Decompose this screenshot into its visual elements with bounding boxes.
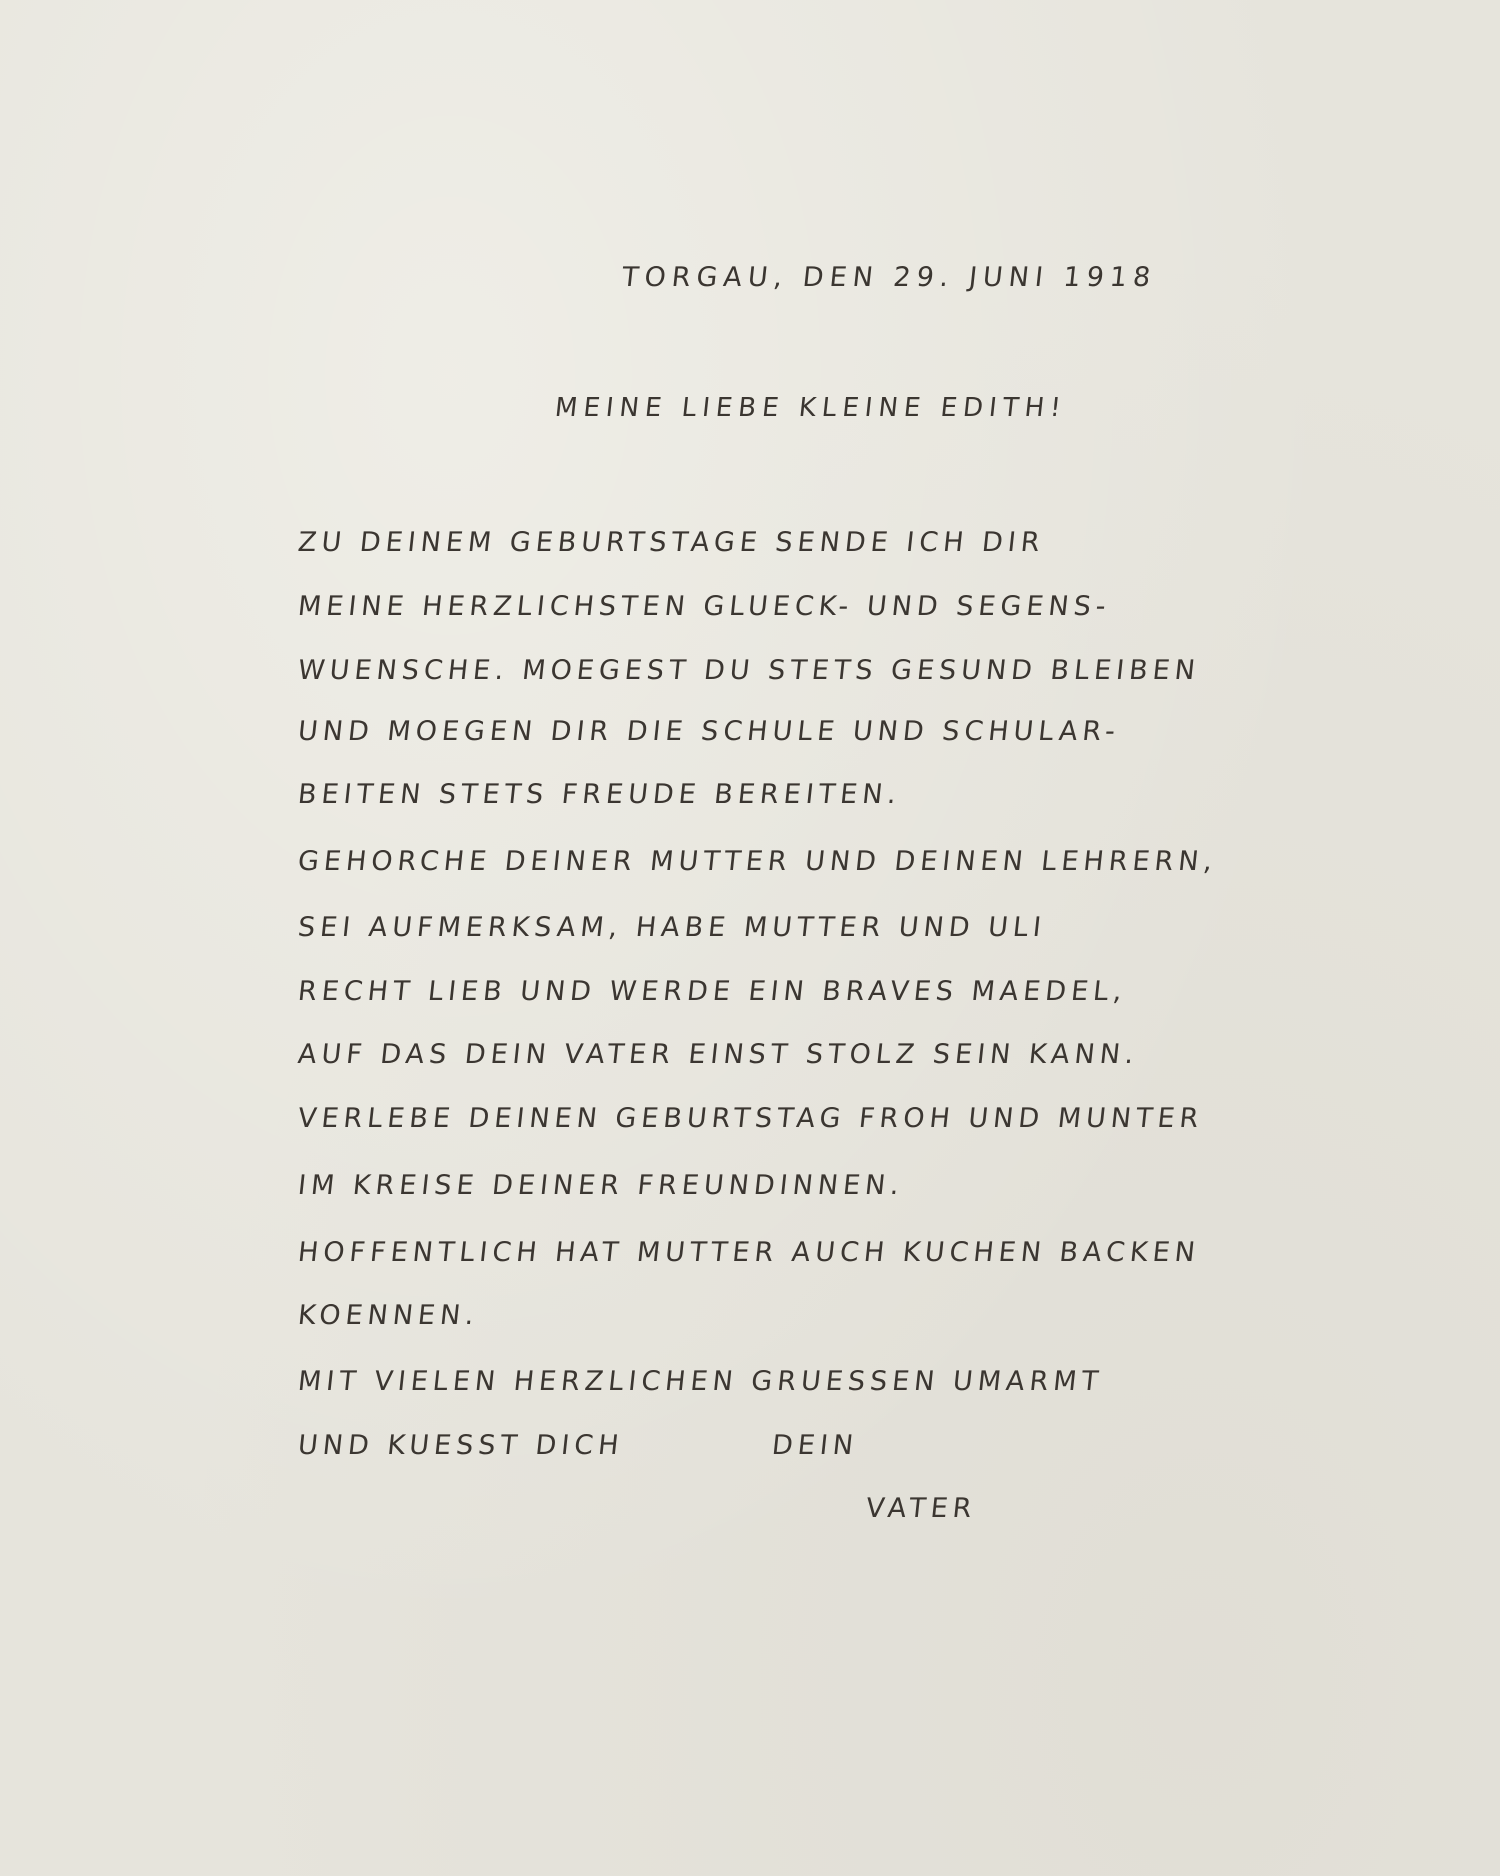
body-line: GEHORCHE DEINER MUTTER UND DEINEN LEHRER… [296, 846, 1218, 877]
body-line: ZU DEINEM GEBURTSTAGE SENDE ICH DIR [296, 527, 1046, 558]
body-line: UND KUESST DICH [296, 1430, 625, 1461]
body-line: WUENSCHE. MOEGEST DU STETS GESUND BLEIBE… [296, 655, 1201, 686]
body-line: BEITEN STETS FREUDE BEREITEN. [296, 779, 902, 810]
body-line: HOFFENTLICH HAT MUTTER AUCH KUCHEN BACKE… [296, 1237, 1201, 1268]
body-line: VERLEBE DEINEN GEBURTSTAG FROH UND MUNTE… [296, 1103, 1205, 1134]
body-line: SEI AUFMERKSAM, HABE MUTTER UND ULI [296, 912, 1047, 943]
body-line: MEINE HERZLICHSTEN GLUECK- UND SEGENS- [296, 591, 1112, 622]
body-line: AUF DAS DEIN VATER EINST STOLZ SEIN KANN… [296, 1039, 1140, 1070]
date-line: TORGAU, DEN 29. JUNI 1918 [620, 262, 1157, 293]
letter-paper: TORGAU, DEN 29. JUNI 1918 MEINE LIEBE KL… [0, 0, 1500, 1876]
body-line: IM KREISE DEINER FREUNDINNEN. [296, 1170, 905, 1201]
signature: VATER [864, 1493, 978, 1524]
body-line: MIT VIELEN HERZLICHEN GRUESSEN UMARMT [296, 1366, 1104, 1397]
salutation: MEINE LIEBE KLEINE EDITH! [553, 393, 1068, 423]
body-line: KOENNEN. [296, 1300, 480, 1331]
closing: DEIN [770, 1430, 859, 1461]
body-line: UND MOEGEN DIR DIE SCHULE UND SCHULAR- [296, 716, 1121, 747]
body-line: RECHT LIEB UND WERDE EIN BRAVES MAEDEL, [296, 976, 1128, 1007]
